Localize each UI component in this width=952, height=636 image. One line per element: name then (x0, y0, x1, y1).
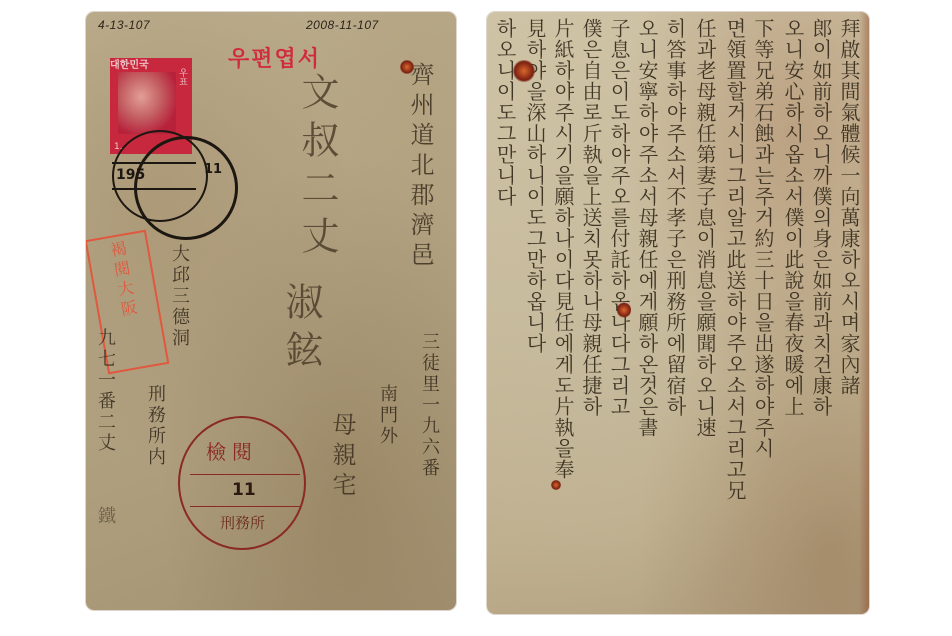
postmark-date: 195 (116, 167, 145, 183)
letter-column-1: 拜啟其間氣體候一向萬康하오시며家內諸 (839, 18, 859, 396)
sender-column-1: 大邱三德洞 (170, 244, 188, 349)
addressee-name-1: 文叔二丈 (298, 72, 336, 264)
stamp-side-text: 우표 (176, 68, 189, 86)
sender-column-4: 鐵 (96, 506, 114, 527)
ink-blot (513, 60, 535, 82)
ink-blot (617, 302, 631, 318)
inspection-seal: 檢閱 11 刑務所 (178, 416, 306, 550)
stamp-figure-icon (118, 72, 176, 134)
seal-char: 阪 (115, 298, 140, 318)
pencil-note-catalog: 4-13-107 (98, 18, 150, 32)
stamp-country-text: 대한민국 (110, 56, 149, 71)
address-column-3: 南門外 (378, 384, 396, 447)
pencil-note-date: 2008-11-107 (306, 18, 379, 32)
postmark-day: 11 (204, 162, 222, 177)
inspection-seal-number: 11 (232, 480, 256, 500)
seal-divider (190, 506, 300, 507)
ink-blot (400, 60, 414, 74)
letter-column-13: 하오니이도그만니다 (495, 18, 515, 207)
ink-blot (551, 480, 561, 490)
postal-card-title: 우편엽서 (228, 42, 321, 73)
postcard-back: 拜啟其間氣體候一向萬康하오시며家內諸 郎이如前하오니까僕의身은如前과치건康하 오… (487, 12, 869, 614)
letter-column-10: 僕은自由로斤執을上送치못하나母親任捷하 (581, 18, 601, 417)
address-column-2: 三徒里一九六番 (420, 332, 438, 479)
address-column-1: 齊州道北郡濟邑 (408, 62, 432, 272)
seal-char: 閱 (108, 259, 133, 279)
letter-column-3: 오니安心하시옵소서僕이此說을春夜暖에上 (783, 18, 803, 417)
letter-column-4: 下等兄弟石蝕과는주거約三十日을出遂하야주시 (753, 18, 773, 459)
sender-column-2: 刑務所内 (146, 384, 164, 468)
postcard-front: 4-13-107 2008-11-107 대한민국 우표 1. 우편엽서 195… (86, 12, 456, 610)
inspection-seal-office: 刑務所 (220, 512, 265, 533)
letter-column-8: 오니安寧하야주소서母親任에게願하온것은書 (637, 18, 657, 438)
letter-column-6: 任과老母親任第妻子息이消息을願聞하오니速 (695, 18, 715, 438)
addressee-honorific: 母親宅 (330, 412, 354, 502)
addressee-name-2: 淑鉉 (282, 282, 320, 378)
seal-char: 大 (112, 278, 137, 298)
letter-column-5: 면領置할거시니그리알고此送하야주오소서그리고兄 (725, 18, 745, 501)
sender-column-3: 九七一番二丈 (96, 328, 114, 454)
letter-column-9: 子息은이도하야주오를付託하옵나다그리고 (609, 18, 629, 417)
letter-column-7: 히答事하야주소서不孝子은刑務所에留宿하 (665, 18, 685, 417)
seal-divider (190, 474, 300, 475)
seal-char: 褐 (105, 239, 130, 259)
letter-column-11: 片紙하야주시기을願하나이다見任에게도片執을奉 (553, 18, 573, 480)
inspection-seal-title: 檢閱 (206, 436, 258, 465)
letter-column-2: 郎이如前하오니까僕의身은如前과치건康하 (811, 18, 831, 417)
